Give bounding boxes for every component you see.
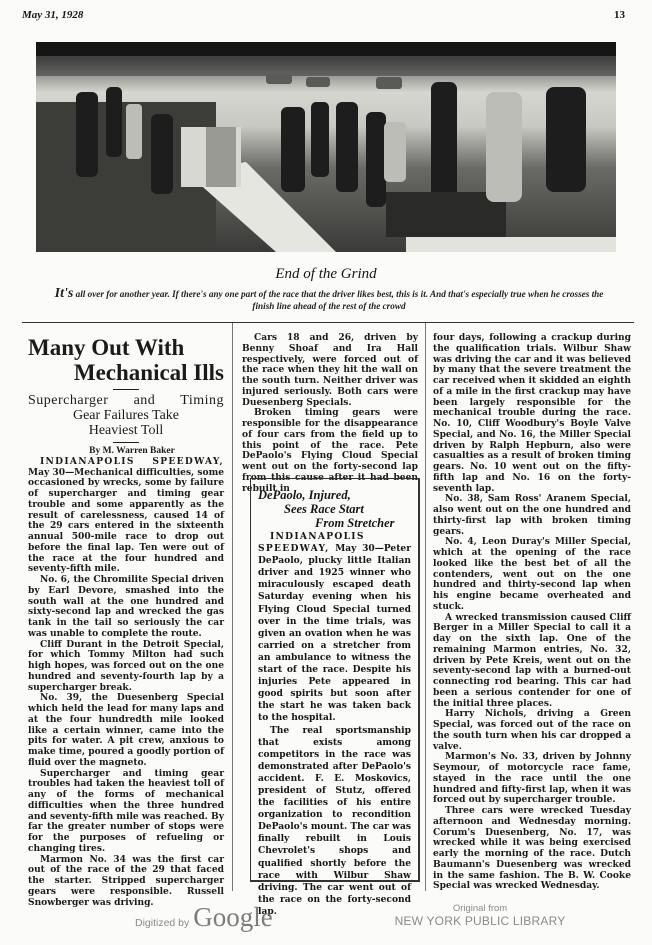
subhead-line-2: Gear Failures Take — [28, 408, 224, 423]
article-column-1: Many Out With Mechanical Ills Supercharg… — [28, 335, 224, 908]
article-paragraph: Supercharger and timing gear troubles ha… — [28, 769, 224, 855]
section-divider — [22, 322, 634, 323]
article-paragraph: No. 38, Sam Ross' Aranem Special, also w… — [433, 494, 631, 537]
article-paragraph: No. 4, Leon Duray's Miller Special, whic… — [433, 537, 631, 612]
sidebar-title-line-2: Sees Race Start — [258, 502, 411, 516]
dateline: INDIANAPOLIS SPEEDWAY, — [40, 456, 224, 467]
article-paragraph: Marmon No. 34 was the first car out of t… — [28, 855, 224, 909]
article-paragraph: No. 39, the Duesenberg Special which hel… — [28, 693, 224, 768]
subhead-line-3: Heaviest Toll — [28, 423, 224, 438]
sidebar-title-line-3: From Stretcher — [258, 516, 411, 530]
google-logo: Google — [193, 902, 272, 933]
caption-dropcap: It's — [55, 286, 74, 301]
article-headline: Many Out With Mechanical Ills — [28, 335, 224, 385]
sidebar-story: DePaolo, Injured, Sees Race Start From S… — [250, 478, 420, 882]
article-paragraph: INDIANAPOLIS SPEEDWAY, May 30—Mechanical… — [28, 457, 224, 575]
article-paragraph: Three cars were wrecked Tuesday afternoo… — [433, 806, 631, 892]
library-name: NEW YORK PUBLIC LIBRARY — [380, 914, 580, 928]
original-from-label: Original from — [380, 903, 580, 914]
sidebar-title: DePaolo, Injured, Sees Race Start From S… — [258, 488, 411, 530]
article-paragraph: No. 6, the Chromilite Special driven by … — [28, 575, 224, 640]
caption-body: all over for another year. If there's an… — [73, 289, 603, 311]
headline-rule — [113, 389, 139, 390]
column-divider — [425, 323, 426, 891]
column-divider — [232, 323, 233, 891]
library-watermark: Original from NEW YORK PUBLIC LIBRARY — [380, 903, 580, 928]
subhead-line-1: Supercharger and Timing — [28, 393, 224, 408]
article-subhead: Supercharger and Timing Gear Failures Ta… — [28, 393, 224, 438]
article-paragraph: Cars 18 and 26, driven by Benny Shoaf an… — [242, 333, 418, 408]
headline-line-2: Mechanical Ills — [28, 360, 224, 385]
article-paragraph: Marmon's No. 33, driven by Johnny Seymou… — [433, 752, 631, 806]
race-pit-photo — [36, 42, 616, 252]
photo-caption: It's all over for another year. If there… — [44, 288, 614, 312]
subhead-rule — [113, 442, 139, 443]
sidebar-body: INDIANAPOLIS SPEEDWAY, May 30—Peter DePa… — [258, 531, 411, 918]
article-paragraph: A wrecked transmission caused Cliff Berg… — [433, 613, 631, 710]
sidebar-paragraph: The real sportsmanship that exists among… — [258, 725, 411, 919]
article-paragraph: Harry Nichols, driving a Green Special, … — [433, 709, 631, 752]
digitized-by-watermark: Digitized by Google — [135, 902, 273, 933]
issue-date: May 31, 1928 — [22, 9, 83, 21]
article-column-2: Cars 18 and 26, driven by Benny Shoaf an… — [242, 333, 418, 494]
sidebar-title-line-1: DePaolo, Injured, — [258, 488, 411, 502]
headline-line-1: Many Out With — [28, 335, 184, 360]
article-paragraph: four days, following a crackup during th… — [433, 333, 631, 494]
sidebar-paragraph: INDIANAPOLIS SPEEDWAY, May 30—Peter DePa… — [258, 531, 411, 725]
article-paragraph: Cliff Durant in the Detroit Special, for… — [28, 640, 224, 694]
page-number: 13 — [614, 9, 625, 21]
photo-illustration — [36, 42, 616, 252]
article-column-3: four days, following a crackup during th… — [433, 333, 631, 892]
photo-caption-title: End of the Grind — [0, 266, 652, 283]
digitized-by-label: Digitized by — [135, 917, 189, 929]
